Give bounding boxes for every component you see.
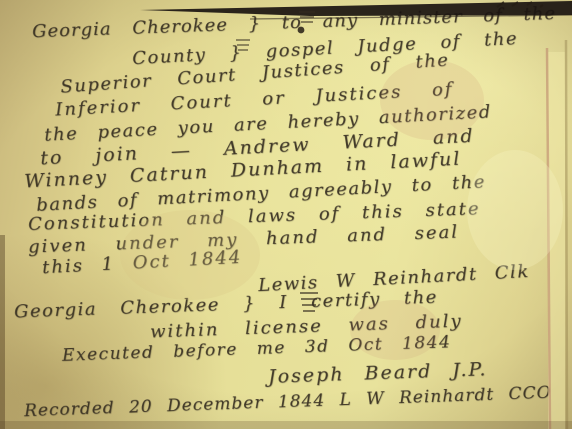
recording-line: Recorded 20 December 1844 L W Reinhardt …	[24, 383, 552, 421]
handwritten-page: Georgia Cherokee } to any minister of th…	[0, 0, 572, 429]
jp-signature: Joseph Beard J.P.	[268, 358, 488, 388]
document-photo: Georgia Cherokee } to any minister of th…	[0, 0, 572, 429]
